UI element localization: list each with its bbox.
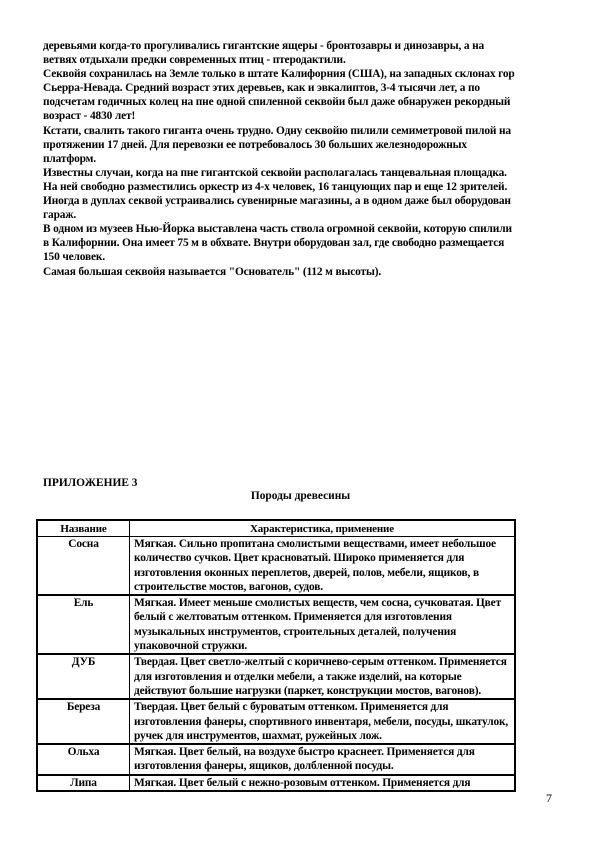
body-text: деревьями когда-то прогуливались гигантс… xyxy=(43,39,518,279)
table-header-row: Название Характеристика, применение xyxy=(37,520,515,537)
paragraph: Иногда в дуплах секвой устраивались суве… xyxy=(43,194,518,222)
wood-name: Береза xyxy=(37,699,130,744)
table-title: Породы древесины xyxy=(251,490,350,502)
table-title-row: Породы древесины xyxy=(0,489,595,503)
document-page: деревьями когда-то прогуливались гигантс… xyxy=(0,0,595,842)
paragraph: деревьями когда-то прогуливались гигантс… xyxy=(43,39,518,67)
paragraph: В одном из музеев Нью-Йорка выставлена ч… xyxy=(43,222,518,264)
appendix-label: ПРИЛОЖЕНИЕ 3 xyxy=(43,476,137,490)
paragraph: Самая большая секвойя называется "Основа… xyxy=(43,265,518,279)
wood-description: Твердая. Цвет белый с буроватым оттенком… xyxy=(130,699,516,744)
table-row: ДУБ Твердая. Цвет светло-желтый с коричн… xyxy=(37,654,515,699)
wood-name: Сосна xyxy=(37,537,130,596)
wood-species-table: Название Характеристика, применение Сосн… xyxy=(36,519,516,792)
wood-name: Ольха xyxy=(37,744,130,775)
wood-description: Мягкая. Цвет белый, на воздухе быстро кр… xyxy=(130,744,516,775)
paragraph: Секвойя сохранилась на Земле только в шт… xyxy=(43,67,518,123)
wood-name: Липа xyxy=(37,775,130,791)
table-row: Ель Мягкая. Имеет меньше смолистых вещес… xyxy=(37,595,515,654)
wood-description: Мягкая. Цвет белый с нежно-розовым оттен… xyxy=(130,775,516,791)
table-row: Ольха Мягкая. Цвет белый, на воздухе быс… xyxy=(37,744,515,775)
wood-name: Ель xyxy=(37,595,130,654)
column-header-description: Характеристика, применение xyxy=(130,520,516,537)
wood-name: ДУБ xyxy=(37,654,130,699)
table-row: Сосна Мягкая. Сильно пропитана смолистым… xyxy=(37,537,515,596)
table-row: Липа Мягкая. Цвет белый с нежно-розовым … xyxy=(37,775,515,791)
paragraph: Известны случаи, когда на пне гигантской… xyxy=(43,166,518,194)
page-number: 7 xyxy=(546,791,552,806)
wood-description: Мягкая. Сильно пропитана смолистыми веще… xyxy=(130,537,516,596)
table-row: Береза Твердая. Цвет белый с буроватым о… xyxy=(37,699,515,744)
wood-description: Твердая. Цвет светло-желтый с коричнево-… xyxy=(130,654,516,699)
column-header-name: Название xyxy=(37,520,130,537)
paragraph: Кстати, свалить такого гиганта очень тру… xyxy=(43,124,518,166)
wood-description: Мягкая. Имеет меньше смолистых веществ, … xyxy=(130,595,516,654)
